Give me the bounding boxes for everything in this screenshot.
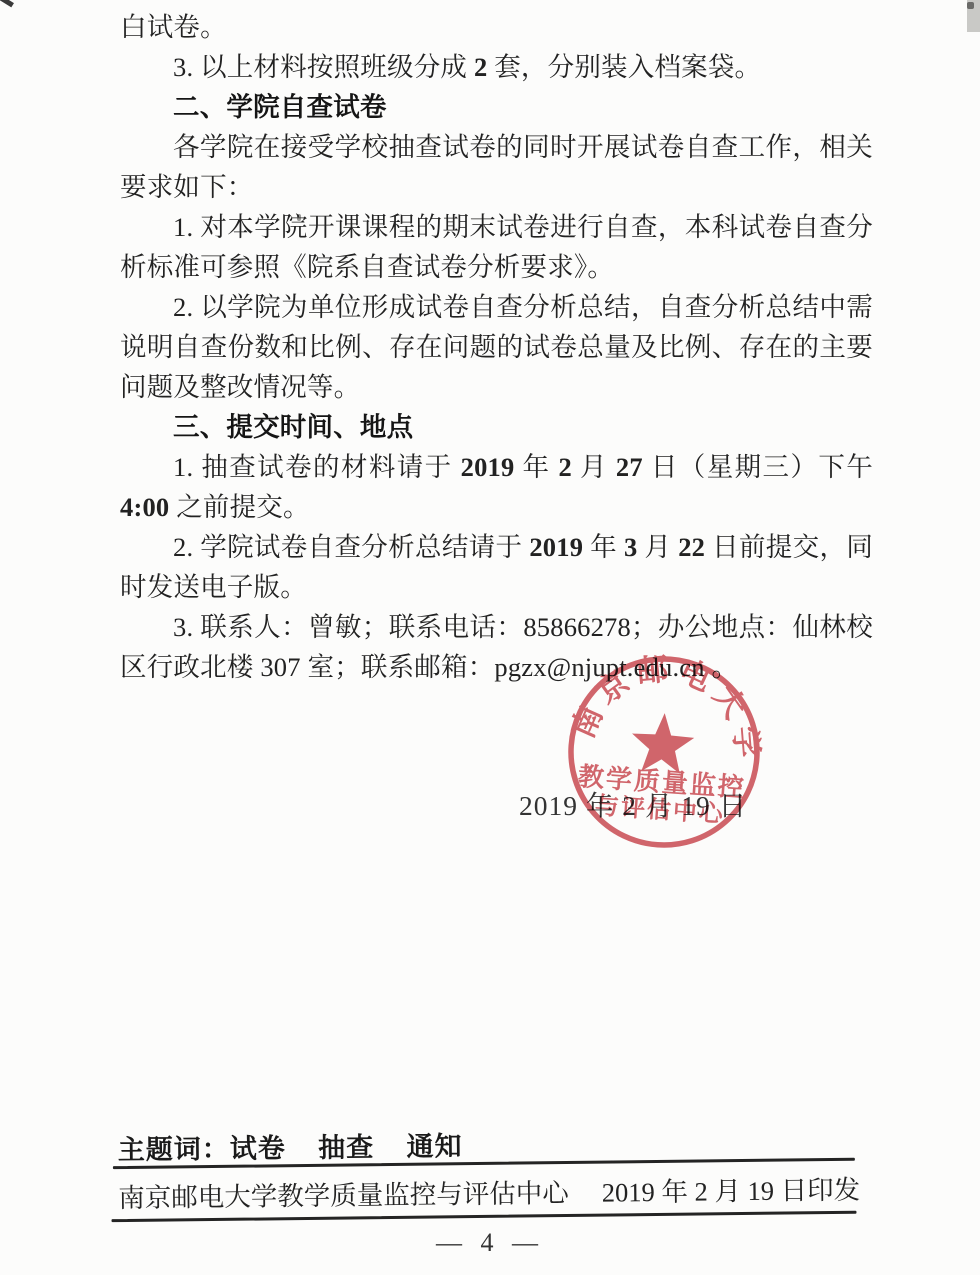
- paragraph: 1. 抽查试卷的材料请于 2019 年 2 月 27 日（星期三）下午 4:00…: [120, 447, 873, 527]
- section-heading: 三、提交时间、地点: [120, 407, 873, 447]
- document-body: 白试卷。3. 以上材料按照班级分成 2 套，分别装入档案袋。二、学院自查试卷各学…: [120, 7, 873, 687]
- scan-artifact-top-right-dot: [967, 2, 974, 9]
- paragraph: 白试卷。: [120, 7, 873, 47]
- print-date: 2019 年 2 月 19 日印发: [602, 1175, 861, 1208]
- scanned-notice-page: 白试卷。3. 以上材料按照班级分成 2 套，分别装入档案袋。二、学院自查试卷各学…: [0, 0, 980, 1275]
- paragraph: 2. 以学院为单位形成试卷自查分析总结，自查分析总结中需说明自查份数和比例、存在…: [120, 287, 873, 407]
- subject-keyword: 试卷: [230, 1133, 286, 1164]
- footer: 主题词：试卷抽查通知 南京邮电大学教学质量监控与评估中心2019 年 2 月 1…: [0, 1116, 980, 1237]
- publisher-name: 南京邮电大学教学质量监控与评估中心: [118, 1178, 569, 1213]
- subject-keyword: 通知: [406, 1131, 462, 1162]
- paragraph: 各学院在接受学校抽查试卷的同时开展试卷自查工作，相关要求如下：: [120, 127, 873, 207]
- paragraph: 2. 学院试卷自查分析总结请于 2019 年 3 月 22 日前提交，同时发送电…: [120, 527, 873, 607]
- paragraph: 3. 以上材料按照班级分成 2 套，分别装入档案袋。: [120, 47, 873, 87]
- subject-keyword: 抽查: [318, 1132, 374, 1163]
- page-number: — 4 —: [0, 1228, 980, 1258]
- seal-graphic: 南京邮电大学 教学质量监控 与评估中心: [558, 654, 772, 852]
- publisher-row: 南京邮电大学教学质量监控与评估中心2019 年 2 月 19 日印发: [118, 1168, 863, 1215]
- subject-keywords-row: 主题词：试卷抽查通知: [117, 1124, 462, 1167]
- official-seal: 南京邮电大学 教学质量监控 与评估中心: [558, 654, 772, 852]
- paragraph: 1. 对本学院开课课程的期末试卷进行自查，本科试卷自查分析标准可参照《院系自查试…: [120, 207, 873, 287]
- subject-label: 主题词：: [118, 1134, 230, 1165]
- scan-artifact-top-left: [0, 0, 14, 7]
- section-heading: 二、学院自查试卷: [120, 87, 873, 127]
